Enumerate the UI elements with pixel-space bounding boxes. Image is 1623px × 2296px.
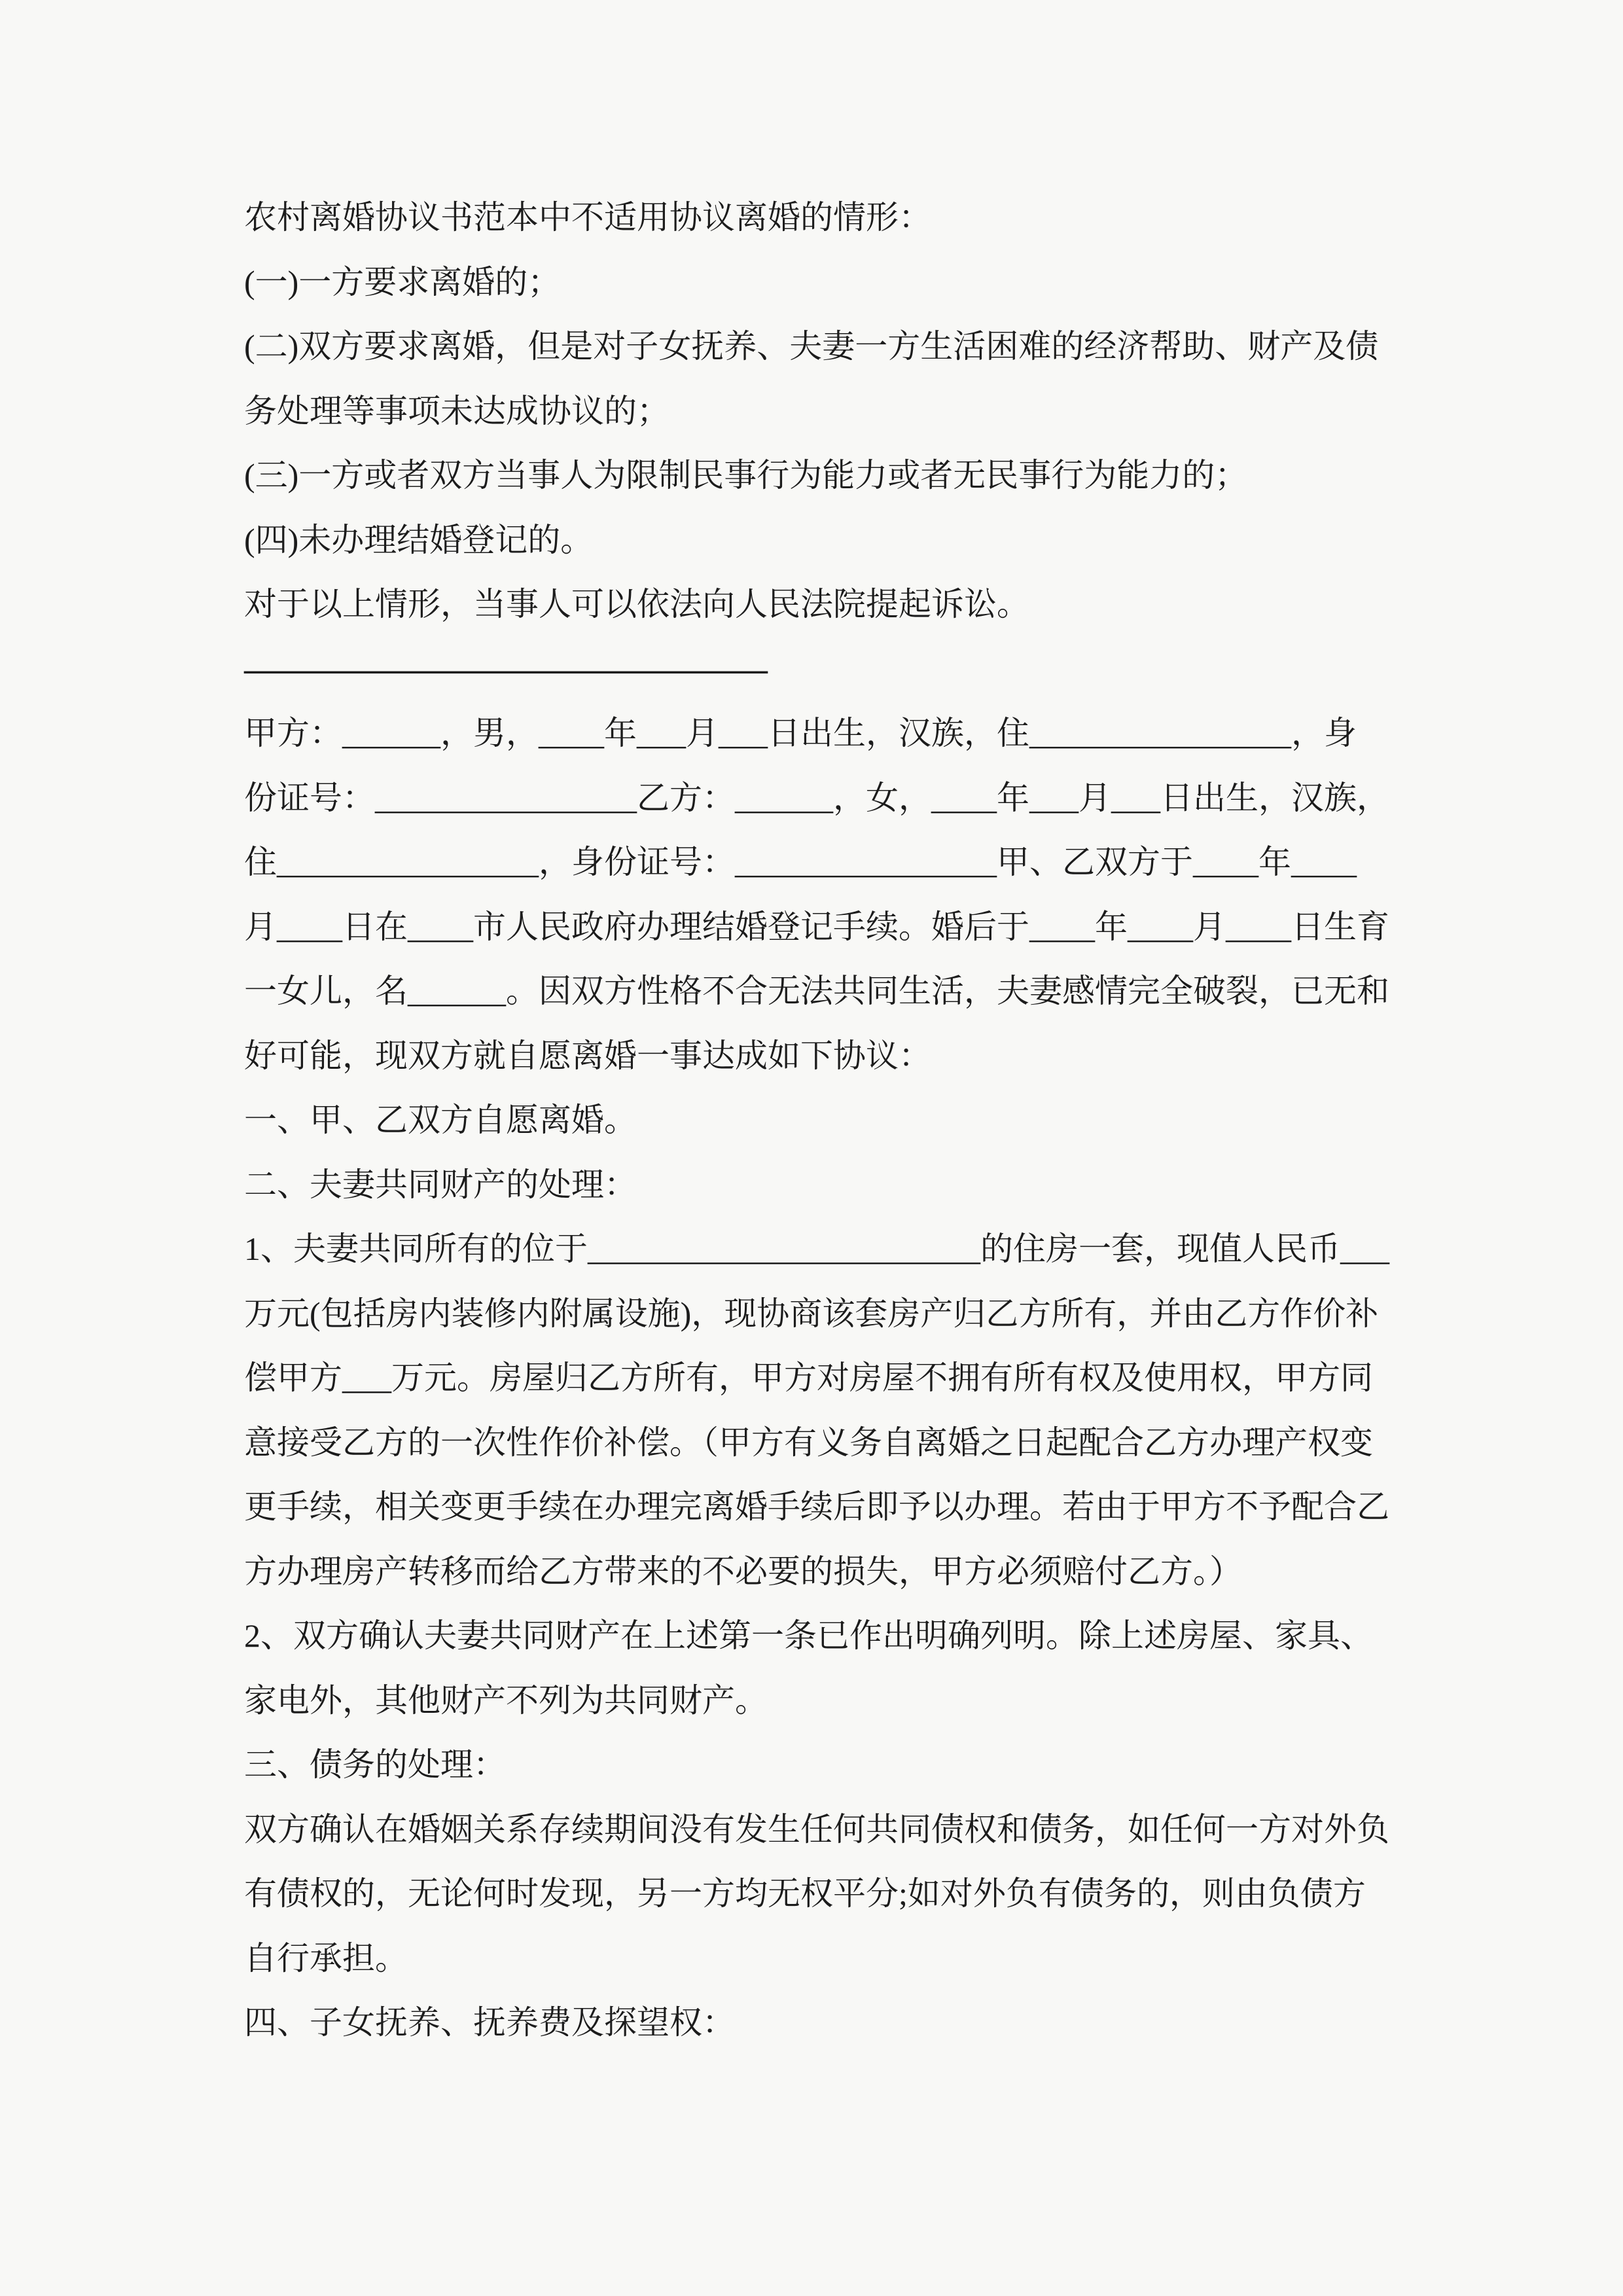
marriage-registration-line: 月____日在____市人民政府办理结婚登记手续。婚后于____年____月__…: [244, 895, 1406, 960]
daughter-info-line: 一女儿，名______。因双方性格不合无法共同生活，夫妻感情完全破裂，已无和: [244, 959, 1406, 1024]
property-item-1d-line: 意接受乙方的一次性作价补偿。（甲方有义务自离婚之日起配合乙方办理产权变: [244, 1410, 1406, 1475]
property-item-1e-line: 更手续，相关变更手续在办理完离婚手续后即予以办理。若由于甲方不予配合乙: [244, 1475, 1406, 1539]
property-item-2-line: 2、双方确认夫妻共同财产在上述第一条已作出明确列明。除上述房屋、家具、: [244, 1604, 1406, 1668]
article-4-heading-line: 四、子女抚养、抚养费及探望权：: [244, 1990, 1406, 2055]
clause-line-4: (四)未办理结婚登记的。: [244, 508, 1406, 573]
article-2-heading-line: 二、夫妻共同财产的处理：: [244, 1153, 1406, 1217]
property-item-2b-line: 家电外，其他财产不列为共同财产。: [244, 1668, 1406, 1733]
clause-line-2: (二)双方要求离婚，但是对子女抚养、夫妻一方生活困难的经济帮助、财产及债: [244, 314, 1406, 379]
party-id-line: 住________________，身份证号：________________甲…: [244, 830, 1406, 895]
article-3-heading-line: 三、债务的处理：: [244, 1732, 1406, 1797]
property-item-1b-line: 万元(包括房内装修内附属设施)，现协商该套房产归乙方所有，并由乙方作价补: [244, 1282, 1406, 1346]
property-item-1f-line: 方办理房产转移而给乙方带来的不必要的损失，甲方必须赔付乙方。）: [244, 1539, 1406, 1604]
document-page: 农村离婚协议书范本中不适用协议离婚的情形： (一)一方要求离婚的； (二)双方要…: [0, 0, 1623, 2296]
property-item-1-line: 1、夫妻共同所有的位于________________________的住房一套…: [244, 1217, 1406, 1282]
article-1-line: 一、甲、乙双方自愿离婚。: [244, 1088, 1406, 1153]
debt-clause-line-3: 自行承担。: [244, 1926, 1406, 1991]
property-item-1c-line: 偿甲方___万元。房屋归乙方所有，甲方对房屋不拥有所有权及使用权，甲方同: [244, 1346, 1406, 1410]
intro-heading-line: 农村离婚协议书范本中不适用协议离婚的情形：: [244, 185, 1406, 250]
separator-line: ————————————————: [244, 637, 1406, 702]
agreement-intro-line: 好可能，现双方就自愿离婚一事达成如下协议：: [244, 1024, 1406, 1088]
party-a-info-line: 甲方：______，男，____年___月___日出生，汉族，住________…: [244, 701, 1406, 766]
clause-line-2b: 务处理等事项未达成协议的；: [244, 379, 1406, 444]
debt-clause-line: 双方确认在婚姻关系存续期间没有发生任何共同债权和债务，如任何一方对外负: [244, 1797, 1406, 1862]
clause-line-3: (三)一方或者双方当事人为限制民事行为能力或者无民事行为能力的；: [244, 443, 1406, 508]
party-b-info-line: 份证号：________________乙方：______，女，____年___…: [244, 766, 1406, 831]
clause-line-1: (一)一方要求离婚的；: [244, 250, 1406, 315]
document-body: 农村离婚协议书范本中不适用协议离婚的情形： (一)一方要求离婚的； (二)双方要…: [244, 185, 1406, 2055]
lawsuit-note-line: 对于以上情形，当事人可以依法向人民法院提起诉讼。: [244, 572, 1406, 637]
debt-clause-line-2: 有债权的，无论何时发现，另一方均无权平分;如对外负有债务的，则由负债方: [244, 1861, 1406, 1926]
